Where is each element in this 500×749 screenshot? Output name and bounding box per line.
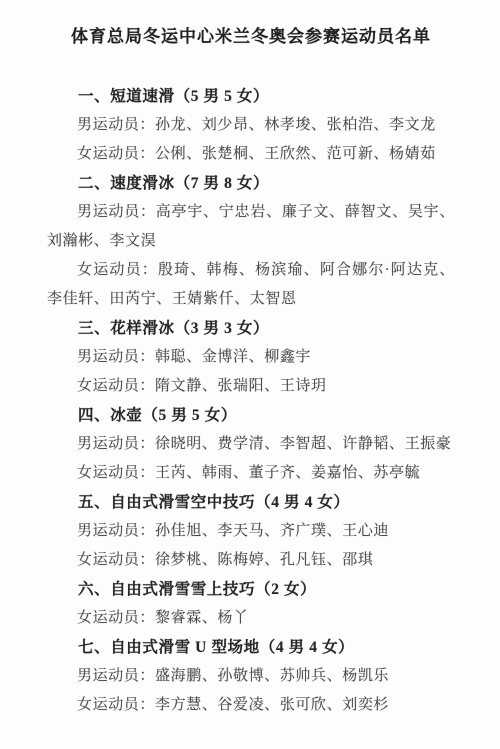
page-title: 体育总局冬运中心米兰冬奥会参赛运动员名单 [47, 24, 455, 50]
athlete-names: 盛海鹏、孙敬博、苏帅兵、杨凯乐 [155, 668, 389, 684]
section-figure-skating: 三、花样滑冰（3 男 3 女） 男运动员：韩聪、金博洋、柳鑫宇 女运动员：隋文静… [47, 314, 455, 401]
athlete-line: 女运动员：隋文静、张瑞阳、王诗玥 [47, 372, 455, 401]
athlete-line-label: 男运动员： [77, 117, 155, 133]
athlete-names: 韩聪、金博洋、柳鑫宇 [155, 349, 311, 365]
athlete-line-label: 男运动员： [77, 349, 155, 365]
athlete-line-label: 女运动员： [77, 697, 155, 713]
athlete-line: 男运动员：孙龙、刘少昂、林孝埈、张柏浩、李文龙 [47, 111, 455, 140]
athlete-line-label: 男运动员： [77, 668, 155, 684]
athlete-names: 王芮、韩雨、董子齐、姜嘉怡、苏亭毓 [155, 465, 420, 481]
athlete-names: 孙佳旭、李天马、齐广璞、王心迪 [155, 523, 389, 539]
section-curling: 四、冰壶（5 男 5 女） 男运动员：徐晓明、费学清、李智超、许静韬、王振豪 女… [47, 401, 455, 488]
section-heading: 六、自由式滑雪雪上技巧（2 女） [47, 575, 455, 604]
section-halfpipe: 七、自由式滑雪 U 型场地（4 男 4 女） 男运动员：盛海鹏、孙敬博、苏帅兵、… [47, 633, 455, 720]
section-heading: 三、花样滑冰（3 男 3 女） [47, 314, 455, 343]
section-aerials: 五、自由式滑雪空中技巧（4 男 4 女） 男运动员：孙佳旭、李天马、齐广璞、王心… [47, 488, 455, 575]
athlete-line-label: 女运动员： [77, 610, 155, 626]
document-page: 体育总局冬运中心米兰冬奥会参赛运动员名单 一、短道速滑（5 男 5 女） 男运动… [0, 0, 500, 749]
athlete-names: 徐梦桃、陈梅婷、孔凡钰、邵琪 [155, 552, 373, 568]
athlete-line-label: 男运动员： [77, 204, 156, 220]
athlete-line: 女运动员：王芮、韩雨、董子齐、姜嘉怡、苏亭毓 [47, 459, 455, 488]
athlete-names: 公俐、张楚桐、王欣然、范可新、杨婧茹 [155, 146, 436, 162]
athlete-line: 女运动员：公俐、张楚桐、王欣然、范可新、杨婧茹 [47, 140, 455, 169]
section-short-track: 一、短道速滑（5 男 5 女） 男运动员：孙龙、刘少昂、林孝埈、张柏浩、李文龙 … [47, 82, 455, 169]
athlete-line-label: 女运动员： [77, 146, 155, 162]
athlete-line: 男运动员：徐晓明、费学清、李智超、许静韬、王振豪 [47, 430, 455, 459]
section-heading: 二、速度滑冰（7 男 8 女） [47, 169, 455, 198]
athlete-line-label: 女运动员： [77, 378, 155, 394]
section-heading: 五、自由式滑雪空中技巧（4 男 4 女） [47, 488, 455, 517]
athlete-line-label: 女运动员： [77, 262, 158, 278]
section-heading: 七、自由式滑雪 U 型场地（4 男 4 女） [47, 633, 455, 662]
section-heading: 一、短道速滑（5 男 5 女） [47, 82, 455, 111]
athlete-names: 孙龙、刘少昂、林孝埈、张柏浩、李文龙 [155, 117, 436, 133]
athlete-line: 女运动员：徐梦桃、陈梅婷、孔凡钰、邵琪 [47, 546, 455, 575]
athlete-line: 男运动员：高亭宇、宁忠岩、廉子文、薛智文、吴宇、刘瀚彬、李文淏 [47, 198, 455, 256]
athlete-line-label: 男运动员： [77, 436, 155, 452]
section-heading: 四、冰壶（5 男 5 女） [47, 401, 455, 430]
athlete-line-label: 女运动员： [77, 552, 155, 568]
athlete-names: 徐晓明、费学清、李智超、许静韬、王振豪 [155, 436, 451, 452]
section-speed-skating: 二、速度滑冰（7 男 8 女） 男运动员：高亭宇、宁忠岩、廉子文、薛智文、吴宇、… [47, 169, 455, 314]
athlete-names: 隋文静、张瑞阳、王诗玥 [155, 378, 327, 394]
athlete-line: 女运动员：黎睿霖、杨丫 [47, 604, 455, 633]
athlete-line-label: 女运动员： [77, 465, 155, 481]
athlete-line: 男运动员：盛海鹏、孙敬博、苏帅兵、杨凯乐 [47, 662, 455, 691]
athlete-line: 男运动员：孙佳旭、李天马、齐广璞、王心迪 [47, 517, 455, 546]
athlete-line: 女运动员：殷琦、韩梅、杨滨瑜、阿合娜尔·阿达克、李佳轩、田芮宁、王婧紫仟、太智恩 [47, 256, 455, 314]
section-moguls: 六、自由式滑雪雪上技巧（2 女） 女运动员：黎睿霖、杨丫 [47, 575, 455, 633]
athlete-names: 李方慧、谷爱凌、张可欣、刘奕杉 [155, 697, 389, 713]
athlete-line-label: 男运动员： [77, 523, 155, 539]
athlete-names: 黎睿霖、杨丫 [155, 610, 249, 626]
athlete-line: 男运动员：韩聪、金博洋、柳鑫宇 [47, 343, 455, 372]
athlete-line: 女运动员：李方慧、谷爱凌、张可欣、刘奕杉 [47, 691, 455, 720]
